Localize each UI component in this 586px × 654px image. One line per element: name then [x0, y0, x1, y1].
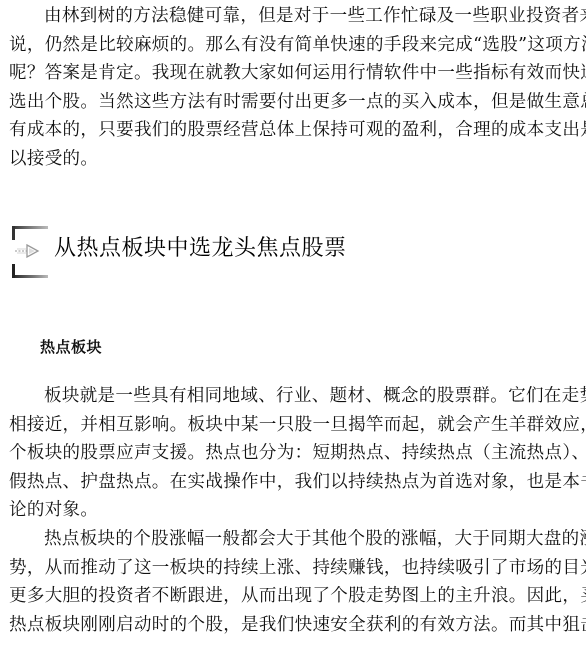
text-line: 热点板块刚刚启动时的个股，是我们快速安全获利的有效方法。而其中狙击龙 [9, 611, 577, 640]
subheading: 热点板块 [40, 336, 102, 358]
document-page: 由林到树的方法稳健可靠，但是对于一些工作忙碌及一些职业投资者来 说，仍然是比较麻… [0, 0, 586, 654]
text-line: 势，从而推动了这一板块的持续上涨、持续赚钱，也持续吸引了市场的目光和 [9, 554, 577, 583]
text-line: 由林到树的方法稳健可靠，但是对于一些工作忙碌及一些职业投资者来 [9, 2, 577, 31]
text-line: 个板块的股票应声支援。热点也分为：短期热点、持续热点（主流热点）、真 [9, 439, 577, 468]
text-line: 呢？答案是肯定。我现在就教大家如何运用行情软件中一些指标有效而快速地 [9, 59, 577, 88]
heading-bracket-decoration [12, 226, 52, 278]
text-line: 以接受的。 [9, 145, 577, 174]
text-line: 相接近，并相互影响。板块中某一只股一旦揭竿而起，就会产生羊群效应，整 [9, 411, 577, 440]
text-line: 论的对象。 [9, 496, 577, 525]
text-line: 热点板块的个股涨幅一般都会大于其他个股的涨幅，大于同期大盘的涨 [9, 525, 577, 554]
text-line: 假热点、护盘热点。在实战操作中，我们以持续热点为首选对象，也是本书讨 [9, 468, 577, 497]
section-title: 从热点板块中选龙头焦点股票 [54, 234, 347, 264]
paragraph-2: 板块就是一些具有相同地域、行业、题材、概念的股票群。它们在走势上 相接近，并相互… [9, 382, 577, 525]
text-line: 板块就是一些具有相同地域、行业、题材、概念的股票群。它们在走势上 [9, 382, 577, 411]
section-heading: 从热点板块中选龙头焦点股票 [10, 226, 570, 276]
text-line: 有成本的，只要我们的股票经营总体上保持可观的盈利，合理的成本支出是可 [9, 116, 577, 145]
paragraph-3: 热点板块的个股涨幅一般都会大于其他个股的涨幅，大于同期大盘的涨 势，从而推动了这… [9, 525, 577, 639]
text-line: 说，仍然是比较麻烦的。那么有没有简单快速的手段来完成“选股”这项方法 [9, 31, 577, 60]
text-line: 选出个股。当然这些方法有时需要付出更多一点的买入成本，但是做生意总是 [9, 88, 577, 117]
arrow-right-icon [14, 244, 40, 258]
text-line: 更多大胆的投资者不断跟进，从而出现了个股走势图上的主升浪。因此，买入 [9, 582, 577, 611]
intro-paragraph: 由林到树的方法稳健可靠，但是对于一些工作忙碌及一些职业投资者来 说，仍然是比较麻… [9, 2, 577, 173]
